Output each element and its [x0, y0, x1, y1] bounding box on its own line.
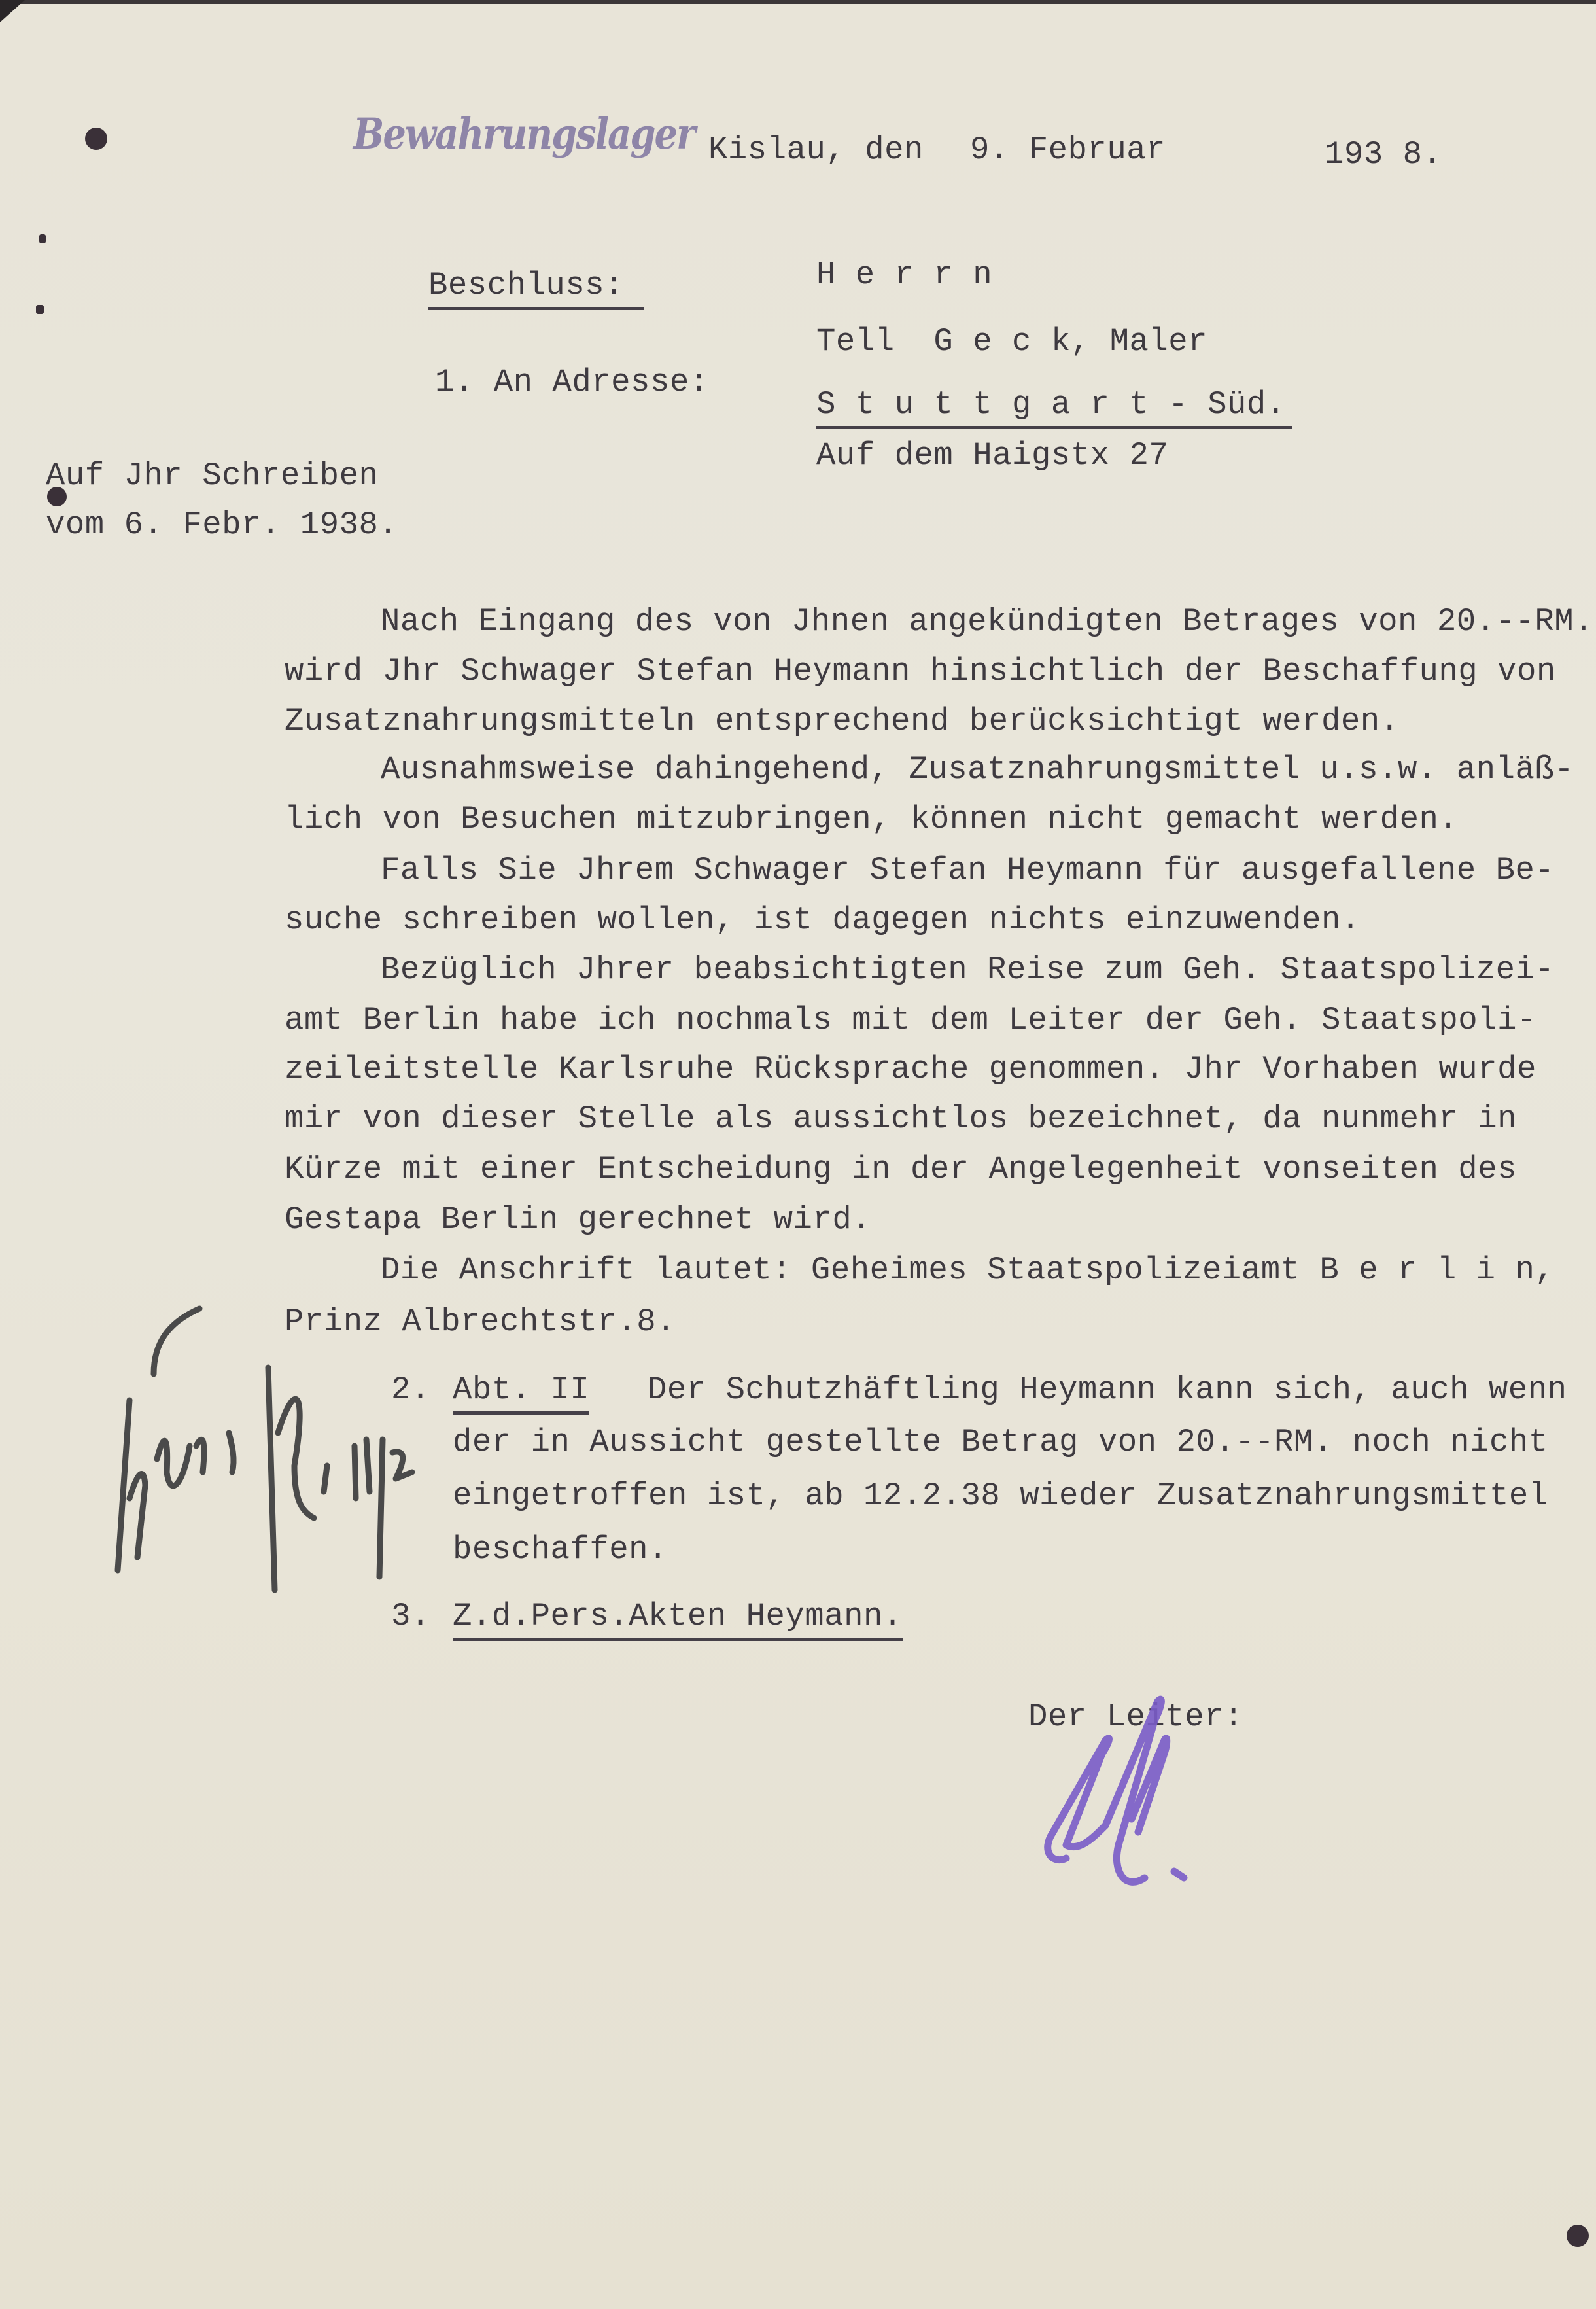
body-line: zeileitstelle Karlsruhe Rücksprache geno…: [285, 1053, 1536, 1085]
body-line: lich von Besuchen mitzubringen, können n…: [285, 803, 1458, 836]
address-label: 1. An Adresse:: [435, 366, 709, 398]
item-2-line: beschaffen.: [453, 1534, 668, 1566]
ink-blot: [85, 128, 107, 150]
item-2-department: Abt. II: [453, 1374, 589, 1415]
recipient-street: Auf dem Haigstx 27: [816, 440, 1168, 472]
document-page: Bewahrungslager Kislau, den 9. Februar 1…: [0, 0, 1596, 2309]
body-line: suche schreiben wollen, ist dagegen nich…: [285, 904, 1361, 936]
date-day-month: 9. Februar: [970, 134, 1166, 166]
item-2-line: der in Aussicht gestellte Betrag von 20.…: [453, 1426, 1548, 1458]
folded-corner: [0, 0, 25, 22]
recipient-name: Tell G e c k, Maler: [816, 326, 1207, 358]
camp-stamp: Bewahrungslager: [353, 109, 695, 159]
body-line: Gestapa Berlin gerechnet wird.: [285, 1204, 871, 1236]
item-3-text: Z.d.Pers.Akten Heymann.: [453, 1600, 903, 1641]
beschluss-heading: Beschluss:: [428, 270, 644, 310]
date-year: 193 8.: [1325, 139, 1442, 171]
body-line: Zusatznahrungsmitteln entsprechend berüc…: [285, 705, 1400, 737]
body-line: Ausnahmsweise dahingehend, Zusatznahrung…: [381, 754, 1574, 786]
punch-mark: [36, 305, 44, 314]
body-line: Kürze mit einer Entscheidung in der Ange…: [285, 1154, 1517, 1186]
body-line: wird Jhr Schwager Stefan Heymann hinsich…: [285, 656, 1556, 688]
body-line: Die Anschrift lautet: Geheimes Staatspol…: [381, 1254, 1554, 1286]
punch-hole: [1567, 2225, 1589, 2247]
signature-mark: [1027, 1682, 1197, 1897]
body-line: Bezüglich Jhrer beabsichtigten Reise zum…: [381, 954, 1554, 986]
punch-mark: [39, 234, 46, 243]
item-2-line: Der Schutzhäftling Heymann kann sich, au…: [648, 1374, 1567, 1406]
body-line: mir von dieser Stelle als aussichtlos be…: [285, 1103, 1517, 1135]
pencil-annotation: [98, 1302, 438, 1596]
recipient-salutation: H e r r n: [816, 259, 992, 291]
reference-line-2: vom 6. Febr. 1938.: [46, 509, 398, 541]
body-line: Falls Sie Jhrem Schwager Stefan Heymann …: [381, 855, 1554, 887]
scan-border: [0, 0, 1596, 4]
place-date: Kislau, den: [708, 134, 924, 166]
reference-line-1: Auf Jhr Schreiben: [46, 460, 378, 492]
recipient-city: S t u t t g a r t - Süd.: [816, 389, 1292, 429]
item-2-line: eingetroffen ist, ab 12.2.38 wieder Zusa…: [453, 1480, 1548, 1512]
body-line: amt Berlin habe ich nochmals mit dem Lei…: [285, 1004, 1536, 1036]
body-line: Nach Eingang des von Jhnen angekündigten…: [381, 606, 1593, 638]
item-3-number: 3.: [391, 1600, 430, 1632]
